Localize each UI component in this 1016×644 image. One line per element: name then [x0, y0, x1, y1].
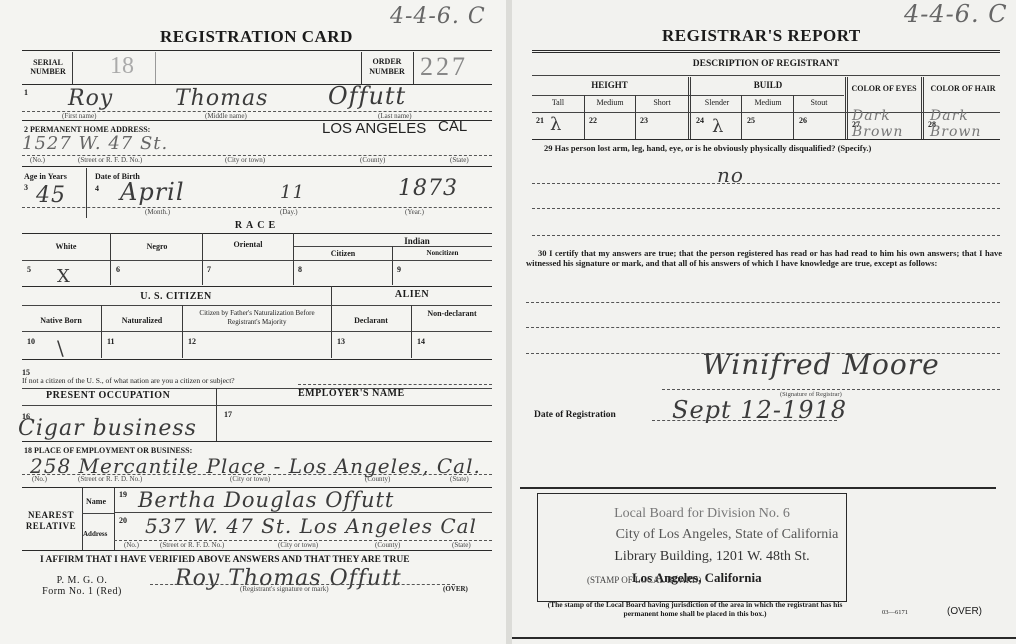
height-tall-mark: λ — [550, 114, 562, 135]
address-city: LOS ANGELES — [322, 120, 426, 137]
first-name: Roy — [68, 86, 113, 111]
last-name: Offutt — [328, 82, 406, 110]
native-born-mark: \ — [57, 336, 65, 360]
registrars-report: 4-4-6. C REGISTRAR'S REPORT DESCRIPTION … — [512, 0, 1016, 644]
order-number-value: 227 — [420, 52, 468, 82]
relative-address: 537 W. 47 St. Los Angeles Cal — [145, 514, 477, 538]
middle-name: Thomas — [175, 86, 268, 111]
nation-question: If not a citizen of the U. S., of what n… — [22, 376, 235, 385]
form-code: 03—6171 — [882, 609, 908, 616]
relative-name: Bertha Douglas Offutt — [138, 488, 394, 512]
birth-year: 1873 — [398, 176, 458, 201]
address-state: CAL — [438, 118, 467, 135]
question-29: 29 Has person lost arm, leg, hand, eye, … — [532, 143, 1002, 153]
serial-number-label: SERIAL NUMBER — [24, 58, 72, 76]
date-of-registration-value: Sept 12-1918 — [672, 396, 847, 424]
build-slender-mark: λ — [712, 116, 724, 137]
description-heading: DESCRIPTION OF REGISTRANT — [532, 59, 1000, 69]
us-citizen-heading: U. S. CITIZEN — [22, 291, 330, 302]
over-note: (OVER) — [947, 606, 982, 617]
registration-card: 4-4-6. C REGISTRATION CARD SERIAL NUMBER… — [0, 0, 506, 644]
report-title: REGISTRAR'S REPORT — [662, 26, 861, 46]
nearest-relative-heading: NEAREST RELATIVE — [22, 510, 80, 532]
card-title: REGISTRATION CARD — [160, 27, 353, 47]
file-number: 4-4-6. C — [904, 0, 1008, 28]
stamp-instructions: (The stamp of the Local Board having jur… — [530, 600, 860, 618]
address-street: 1527 W. 47 St. — [22, 133, 168, 154]
order-number-label: ORDER NUMBER — [363, 57, 411, 77]
birth-month: April — [120, 178, 185, 206]
hair-color-value: Dark Brown — [930, 108, 1000, 140]
occupation-value: Cigar business — [18, 416, 197, 441]
eye-color-value: Dark Brown — [852, 108, 920, 140]
question-30: 30 I certify that my answers are true; t… — [526, 248, 1002, 268]
race-white-mark: X — [57, 266, 71, 287]
alien-heading: ALIEN — [332, 289, 492, 300]
registrar-signature: Winifred Moore — [702, 348, 940, 381]
occupation-heading: PRESENT OCCUPATION — [46, 390, 170, 401]
date-of-registration-label: Date of Registration — [534, 410, 616, 420]
employer-heading: EMPLOYER'S NAME — [298, 388, 405, 399]
race-heading: RACE — [22, 220, 492, 231]
age-value: 45 — [36, 183, 66, 208]
birth-day: 11 — [280, 182, 305, 203]
affirmation-text: I AFFIRM THAT I HAVE VERIFIED ABOVE ANSW… — [40, 555, 410, 565]
serial-number-value: 18 — [110, 53, 134, 80]
file-number: 4-4-6. C — [390, 4, 486, 29]
